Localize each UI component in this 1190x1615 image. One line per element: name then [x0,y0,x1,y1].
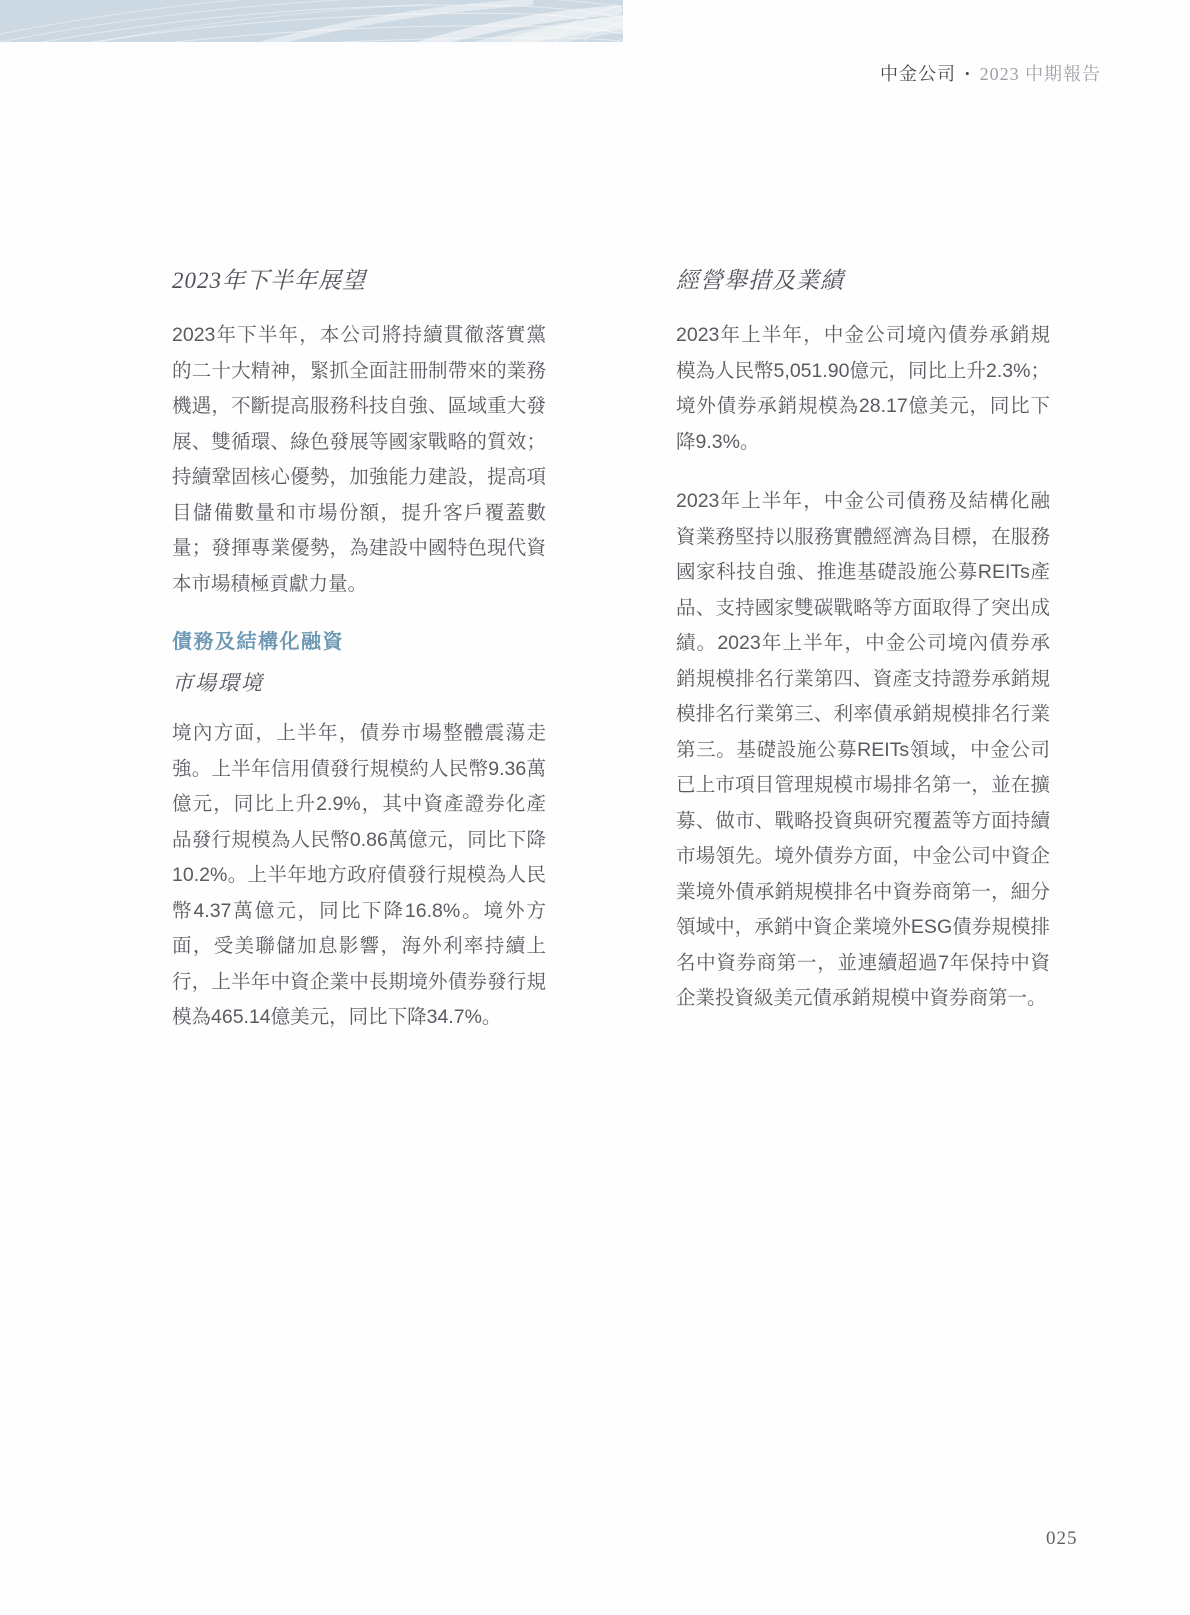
section-heading-operations-results: 經營舉措及業績 [676,266,1050,296]
right-column: 經營舉措及業績 2023年上半年，中金公司境內債券承銷規模為人民幣5,051.9… [676,266,1050,1036]
decorative-banner [0,0,623,42]
paragraph-bond-underwriting: 2023年上半年，中金公司境內債券承銷規模為人民幣5,051.90億元，同比上升… [676,318,1050,460]
left-column: 2023年下半年展望 2023年下半年，本公司將持續貫徹落實黨的二十大精神，緊抓… [172,266,546,1036]
banner-waves-graphic [0,0,623,42]
report-page: 中金公司•2023 中期報告 2023年下半年展望 2023年下半年，本公司將持… [0,0,1190,1615]
section-heading-debt-structured-finance: 債務及結構化融資 [172,628,546,656]
paragraph-market-environment: 境內方面，上半年，債券市場整體震蕩走強。上半年信用債發行規模約人民幣9.36萬億… [172,716,546,1036]
report-title: 2023 中期報告 [980,64,1102,84]
page-number: 025 [1046,1528,1078,1550]
content-columns: 2023年下半年展望 2023年下半年，本公司將持續貫徹落實黨的二十大精神，緊抓… [172,266,1050,1036]
section-heading-outlook: 2023年下半年展望 [172,266,546,296]
paragraph-outlook: 2023年下半年，本公司將持續貫徹落實黨的二十大精神，緊抓全面註冊制帶來的業務機… [172,318,546,602]
brand-name: 中金公司 [880,64,956,84]
page-header: 中金公司•2023 中期報告 [880,60,1101,86]
subsection-heading-market-environment: 市場環境 [172,668,546,698]
header-separator-dot: • [965,66,971,81]
paragraph-business-achievements: 2023年上半年，中金公司債務及結構化融資業務堅持以服務實體經濟為目標，在服務國… [676,484,1050,1017]
